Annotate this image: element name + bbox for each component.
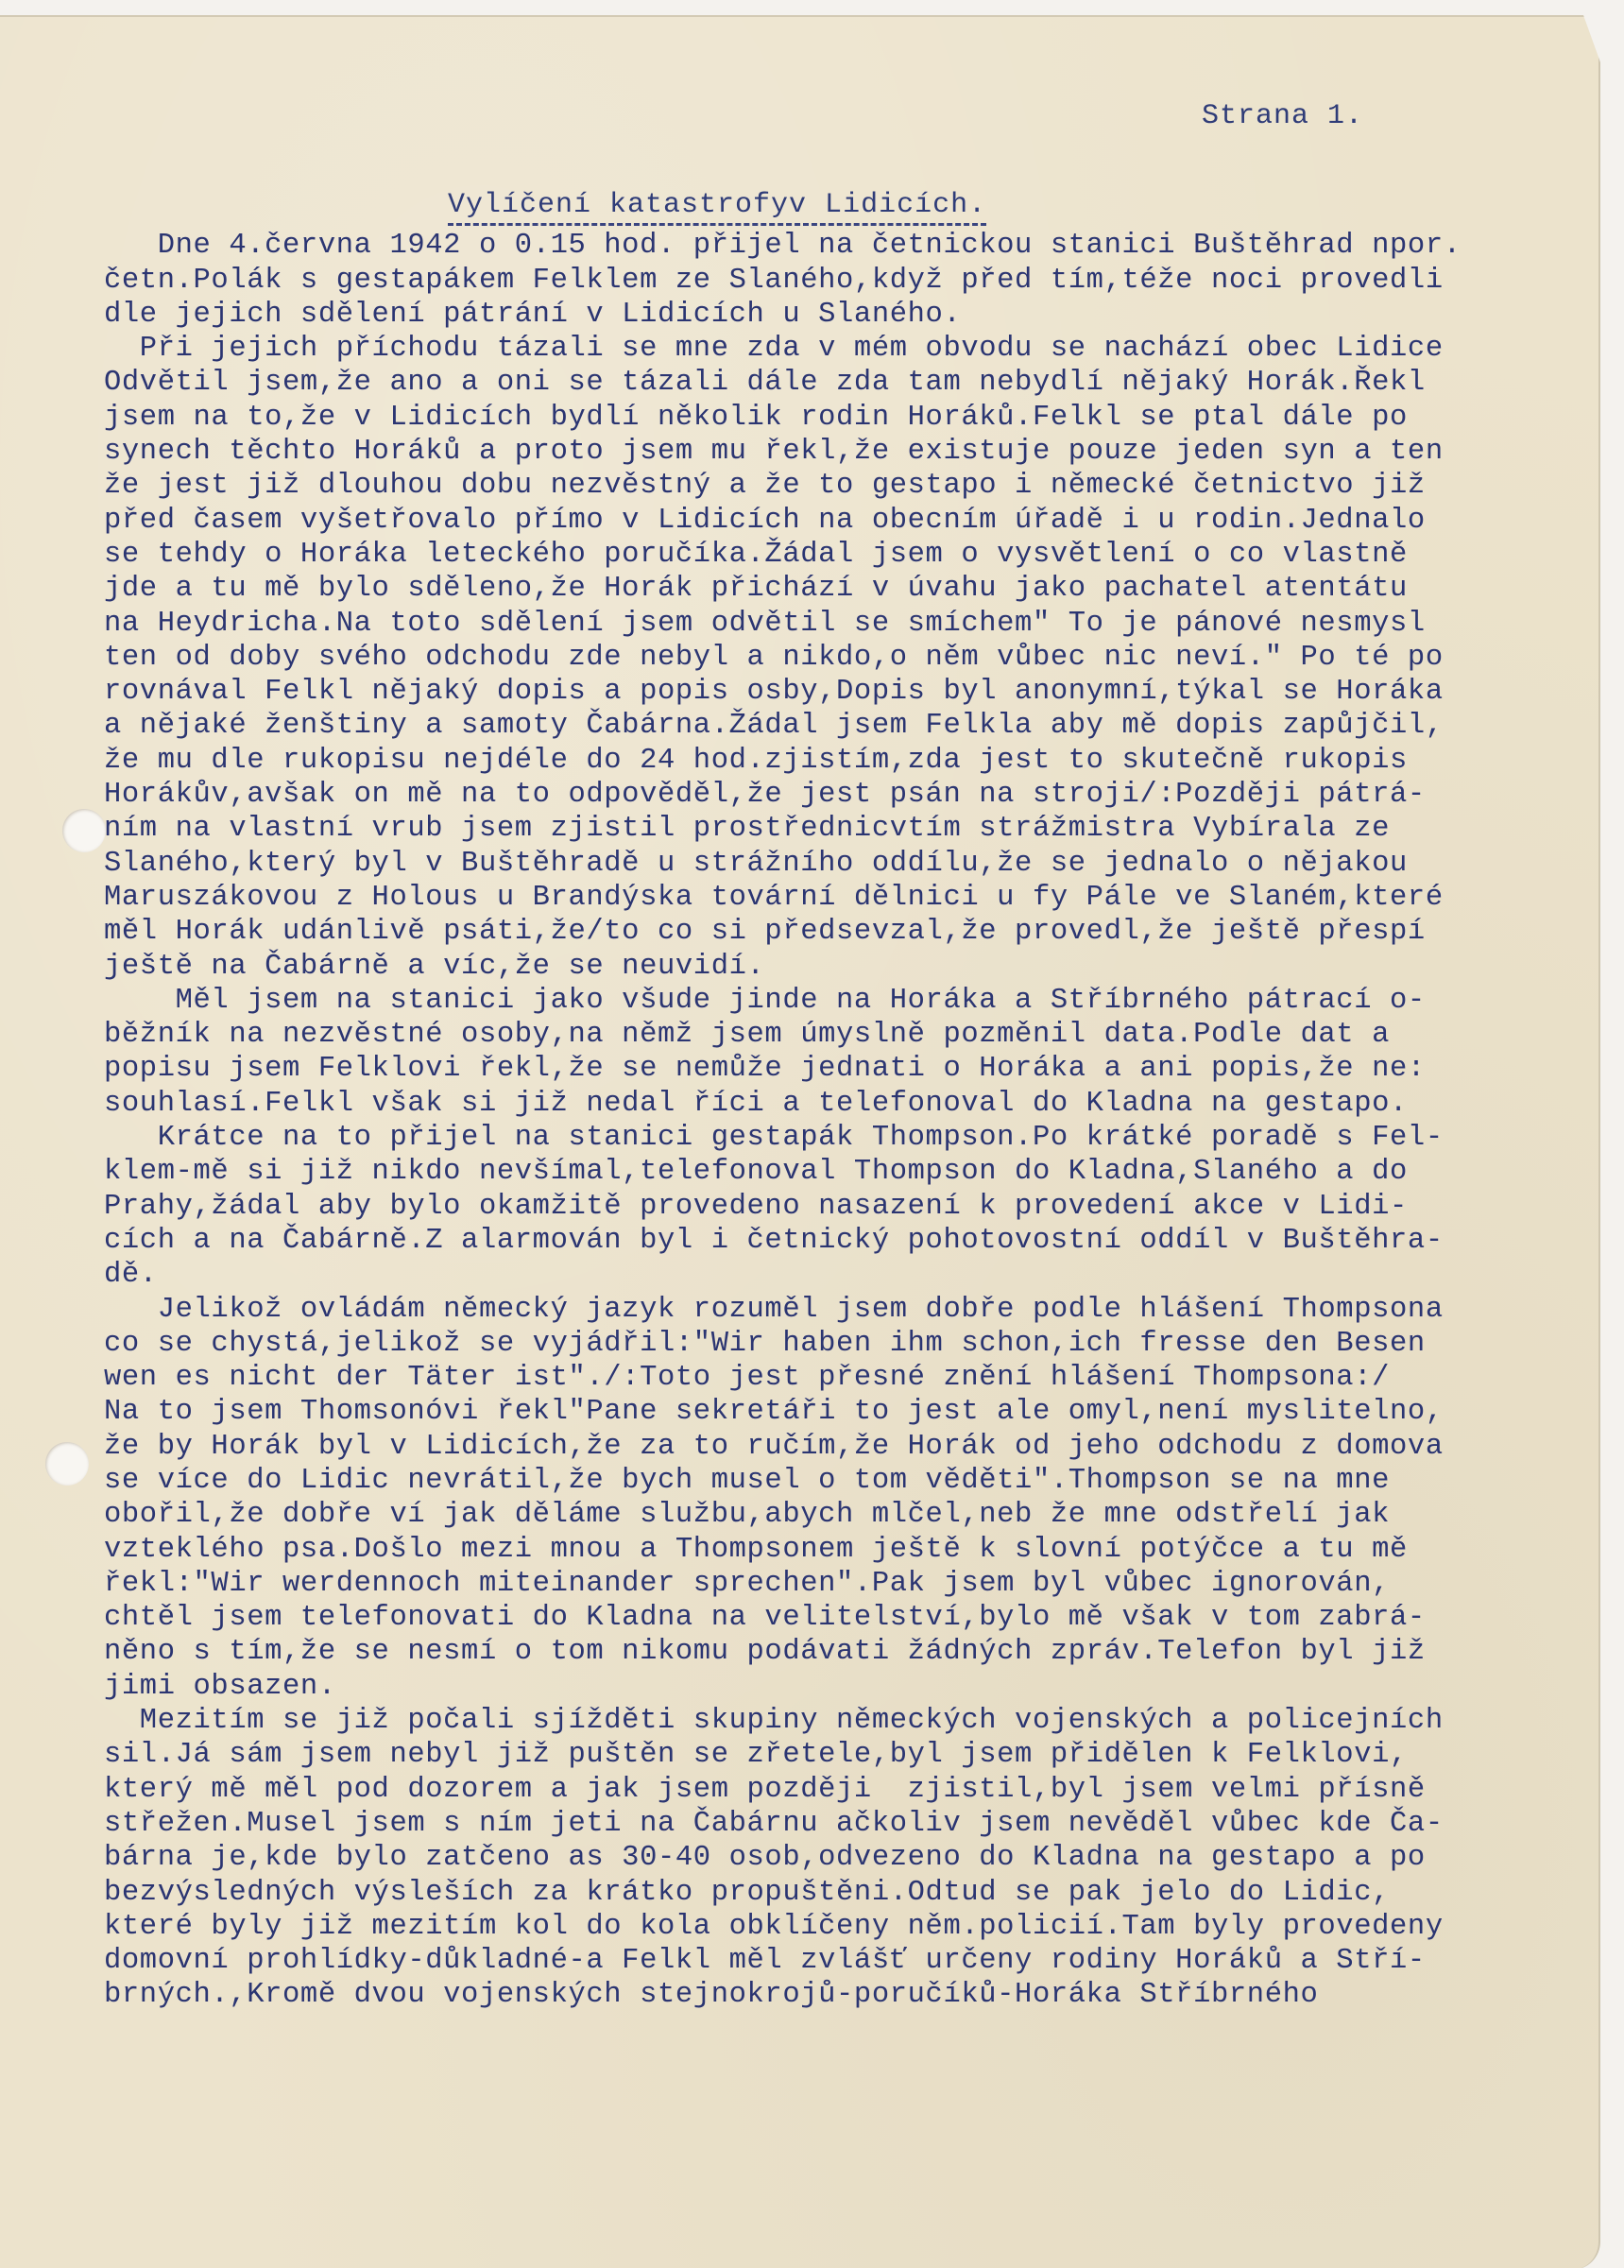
text-line: Při jejich příchodu tázali se mne zda v … bbox=[104, 332, 1597, 366]
text-line: který mě měl pod dozorem a jak jsem pozd… bbox=[104, 1773, 1597, 1807]
typewritten-body: Dne 4.června 1942 o 0.15 hod. přijel na … bbox=[104, 195, 1597, 2013]
text-line: klem-mě si již nikdo nevšímal,telefonova… bbox=[104, 1155, 1597, 1189]
text-line: bárna je,kde bylo zatčeno as 30-40 osob,… bbox=[104, 1841, 1597, 1875]
text-line: jde a tu mě bylo sděleno,že Horák přichá… bbox=[104, 572, 1597, 606]
text-line: domovní prohlídky-důkladné-a Felkl měl z… bbox=[104, 1944, 1597, 1978]
text-line: něno s tím,že se nesmí o tom nikomu podá… bbox=[104, 1635, 1597, 1669]
text-line: jsem na to,že v Lidicích bydlí několik r… bbox=[104, 401, 1597, 435]
text-line: rovnával Felkl nějaký dopis a popis osby… bbox=[104, 675, 1597, 709]
page-number: Strana 1. bbox=[1202, 100, 1363, 132]
text-line: běžník na nezvěstné osoby,na němž jsem ú… bbox=[104, 1018, 1597, 1052]
text-line: obořil,že dobře ví jak děláme službu,aby… bbox=[104, 1498, 1597, 1532]
text-line: které byly již mezitím kol do kola obklí… bbox=[104, 1910, 1597, 1944]
text-line: Na to jsem Thomsonóvi řekl"Pane sekretář… bbox=[104, 1395, 1597, 1429]
text-line: se více do Lidic nevrátil,že bych musel … bbox=[104, 1464, 1597, 1498]
text-line: chtěl jsem telefonovati do Kladna na vel… bbox=[104, 1601, 1597, 1635]
text-line: střežen.Musel jsem s ním jeti na Čabárnu… bbox=[104, 1807, 1597, 1841]
text-line: Slaného,který byl v Buštěhradě u strážní… bbox=[104, 847, 1597, 881]
text-line: dě. bbox=[104, 1258, 1597, 1292]
text-line: že by Horák byl v Lidicích,že za to ručí… bbox=[104, 1430, 1597, 1464]
text-line: Jelikož ovládám německý jazyk rozuměl js… bbox=[104, 1293, 1597, 1327]
text-line: měl Horák udánlivě psáti,že/to co si pře… bbox=[104, 915, 1597, 949]
text-line: Měl jsem na stanici jako všude jinde na … bbox=[104, 984, 1597, 1018]
text-line: se tehdy o Horáka leteckého poručíka.Žád… bbox=[104, 538, 1597, 572]
text-line: že jest již dlouhou dobu nezvěstný a že … bbox=[104, 469, 1597, 503]
text-line: co se chystá,jelikož se vyjádřil:"Wir ha… bbox=[104, 1327, 1597, 1361]
text-line: četn.Polák s gestapákem Felklem ze Slané… bbox=[104, 264, 1597, 298]
punch-hole-top bbox=[62, 809, 106, 852]
text-line: a nějaké ženštiny a samoty Čabárna.Žádal… bbox=[104, 709, 1597, 743]
text-line: popisu jsem Felklovi řekl,že se nemůže j… bbox=[104, 1052, 1597, 1086]
text-line: synech těchto Horáků a proto jsem mu řek… bbox=[104, 435, 1597, 469]
text-line: wen es nicht der Täter ist"./:Toto jest … bbox=[104, 1361, 1597, 1395]
text-line: cích a na Čabárně.Z alarmován byl i četn… bbox=[104, 1224, 1597, 1258]
text-line: před časem vyšetřovalo přímo v Lidicích … bbox=[104, 504, 1597, 538]
text-line: ještě na Čabárně a víc,že se neuvidí. bbox=[104, 950, 1597, 984]
punch-hole-bottom bbox=[45, 1442, 89, 1486]
text-line bbox=[104, 195, 1597, 229]
text-line: dle jejich sdělení pátrání v Lidicích u … bbox=[104, 298, 1597, 332]
text-line: Maruszákovou z Holous u Brandýska továrn… bbox=[104, 881, 1597, 915]
text-line: že mu dle rukopisu nejdéle do 24 hod.zji… bbox=[104, 744, 1597, 778]
text-line: Mezitím se již počali sjížděti skupiny n… bbox=[104, 1704, 1597, 1738]
text-line: bezvýsledných výsleších za krátko propuš… bbox=[104, 1876, 1597, 1910]
text-line: ten od doby svého odchodu zde nebyl a ni… bbox=[104, 641, 1597, 675]
text-line: na Heydricha.Na toto sdělení jsem odvěti… bbox=[104, 607, 1597, 641]
text-line: ním na vlastní vrub jsem zjistil prostře… bbox=[104, 812, 1597, 846]
text-line: Odvětil jsem,že ano a oni se tázali dále… bbox=[104, 366, 1597, 400]
text-line: souhlasí.Felkl však si již nedal říci a … bbox=[104, 1087, 1597, 1121]
text-line: sil.Já sám jsem nebyl již puštěn se zřet… bbox=[104, 1738, 1597, 1772]
text-line: Krátce na to přijel na stanici gestapák … bbox=[104, 1121, 1597, 1155]
text-line: Prahy,žádal aby bylo okamžitě provedeno … bbox=[104, 1190, 1597, 1224]
text-line: brných.,Kromě dvou vojenských stejnokroj… bbox=[104, 1978, 1597, 2012]
text-line: Dne 4.června 1942 o 0.15 hod. přijel na … bbox=[104, 229, 1597, 263]
text-line: Horákův,avšak on mě na to odpověděl,že j… bbox=[104, 778, 1597, 812]
text-line: řekl:"Wir werdennoch miteinander spreche… bbox=[104, 1567, 1597, 1601]
text-line: jimi obsazen. bbox=[104, 1670, 1597, 1704]
text-line: vzteklého psa.Došlo mezi mnou a Thompson… bbox=[104, 1533, 1597, 1567]
folded-corner bbox=[1583, 15, 1600, 62]
